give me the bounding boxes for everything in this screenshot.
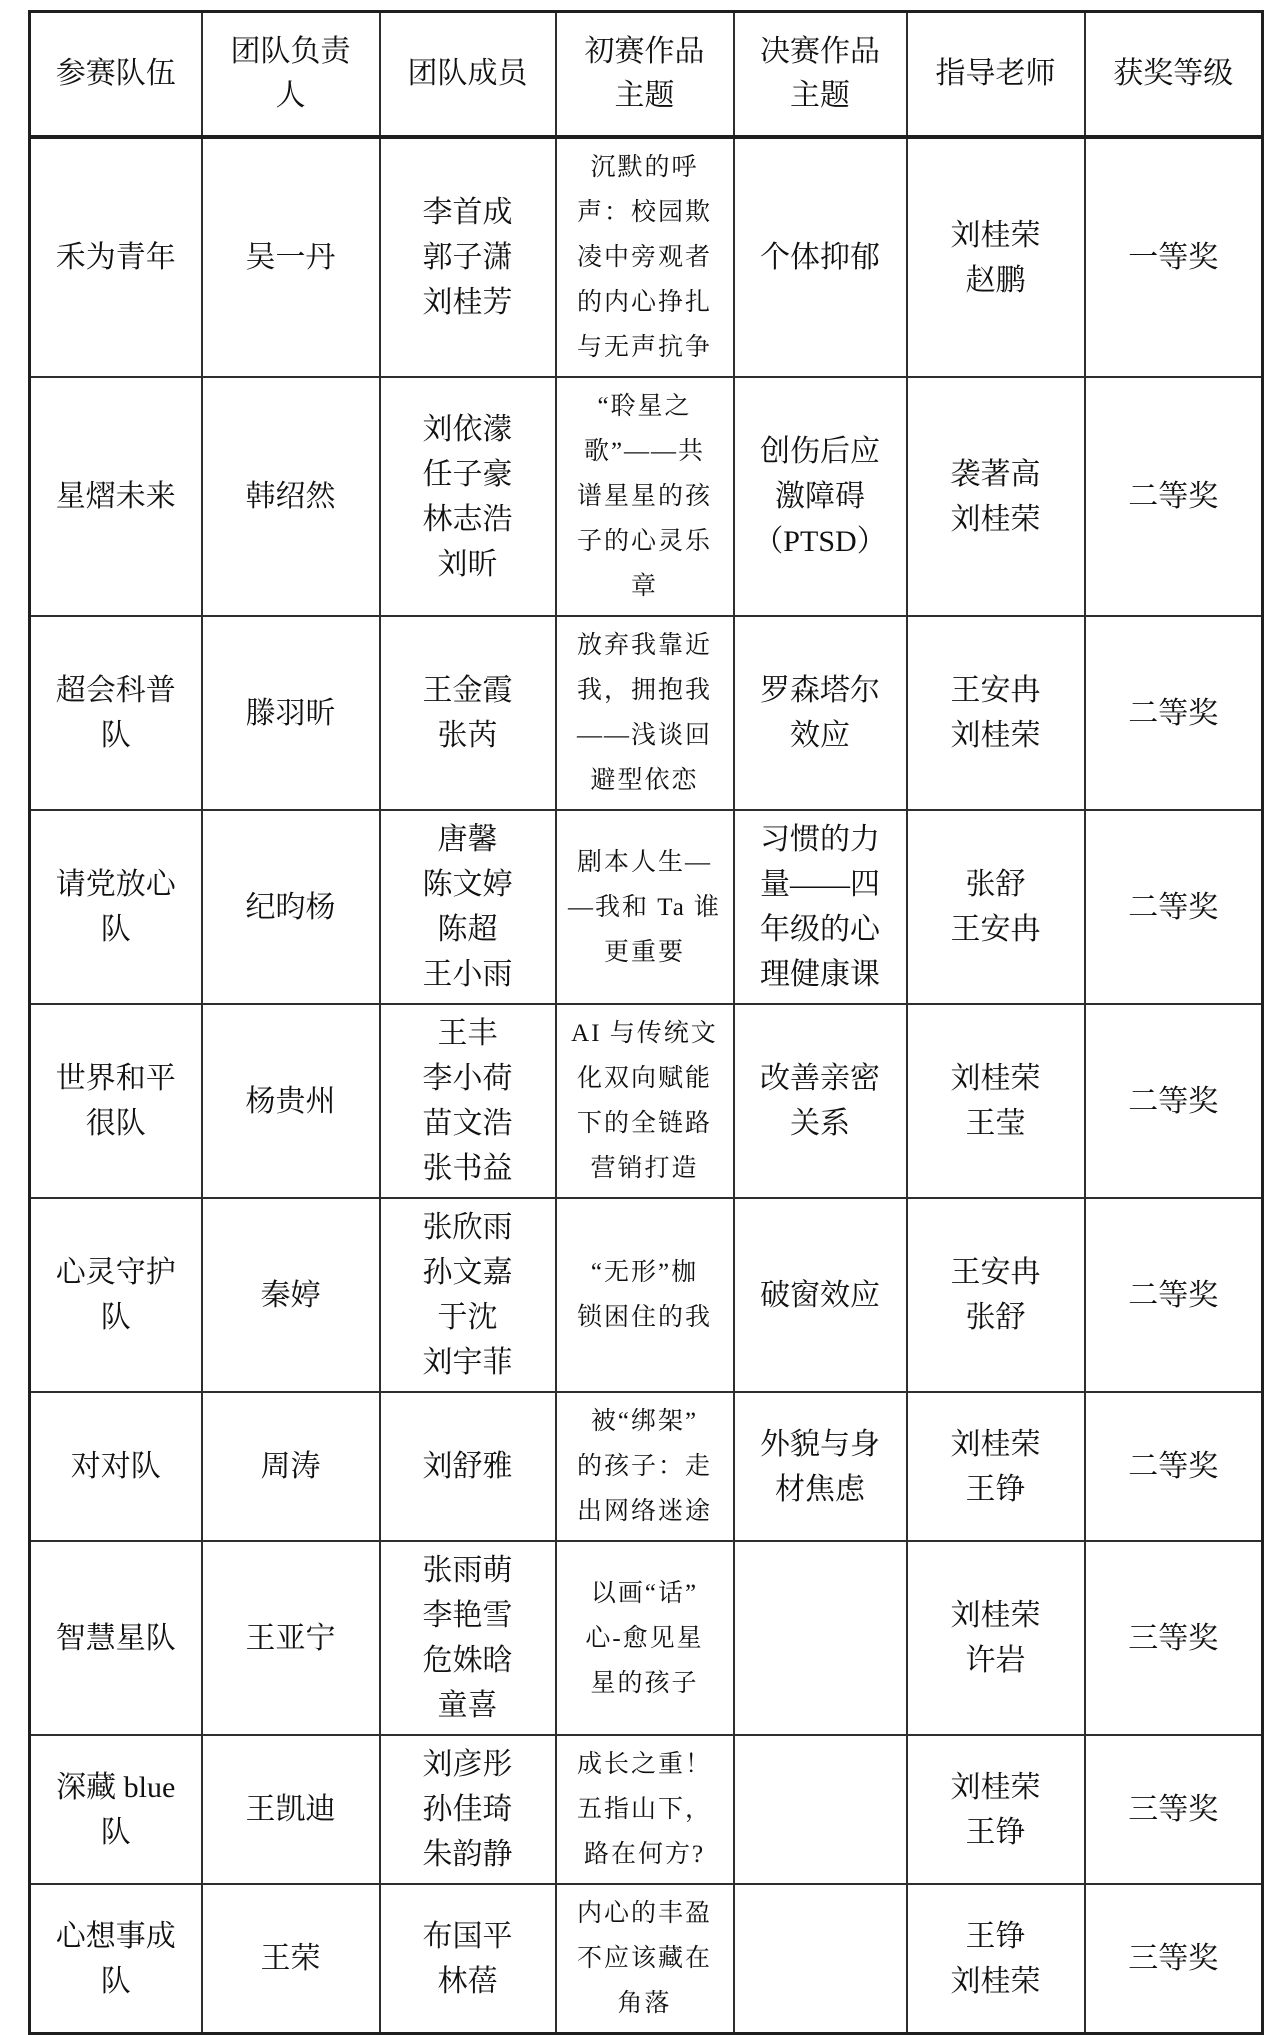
table-row: 请党放心 队 纪昀杨 唐馨 陈文婷 陈超 王小雨 剧本人生— —我和 Ta 谁 …	[30, 810, 1263, 1004]
leader-cell: 滕羽昕	[202, 616, 380, 810]
prelim-theme-cell: 放弃我靠近 我，拥抱我 ——浅谈回 避型依恋	[556, 616, 734, 810]
table-body: 禾为青年 吴一丹 李首成 郭子潇 刘桂芳 沉默的呼 声：校园欺 凌中旁观者 的内…	[30, 137, 1263, 2034]
teachers-cell: 刘桂荣 赵鹏	[907, 137, 1085, 377]
header-row: 参赛队伍 团队负责 人 团队成员 初赛作品 主题 决赛作品 主题 指导老师 获奖…	[30, 12, 1263, 138]
table-row: 深藏 blue 队 王凯迪 刘彦彤 孙佳琦 朱韵静 成长之重！ 五指山下， 路在…	[30, 1735, 1263, 1884]
team-cell: 对对队	[30, 1392, 202, 1541]
team-cell: 禾为青年	[30, 137, 202, 377]
header-award: 获奖等级	[1085, 12, 1263, 138]
table-header: 参赛队伍 团队负责 人 团队成员 初赛作品 主题 决赛作品 主题 指导老师 获奖…	[30, 12, 1263, 138]
team-cell: 心想事成 队	[30, 1884, 202, 2034]
table-row: 禾为青年 吴一丹 李首成 郭子潇 刘桂芳 沉默的呼 声：校园欺 凌中旁观者 的内…	[30, 137, 1263, 377]
final-theme-cell: 改善亲密 关系	[734, 1004, 907, 1198]
table-row: 世界和平 很队 杨贵州 王丰 李小荷 苗文浩 张书益 AI 与传统文 化双向赋能…	[30, 1004, 1263, 1198]
leader-cell: 王亚宁	[202, 1541, 380, 1735]
award-cell: 二等奖	[1085, 1004, 1263, 1198]
team-cell: 星熠未来	[30, 377, 202, 616]
members-cell: 刘依濛 任子豪 林志浩 刘昕	[380, 377, 556, 616]
members-cell: 唐馨 陈文婷 陈超 王小雨	[380, 810, 556, 1004]
team-cell: 世界和平 很队	[30, 1004, 202, 1198]
teachers-cell: 刘桂荣 王铮	[907, 1392, 1085, 1541]
table-row: 心想事成 队 王荣 布国平 林蓓 内心的丰盈 不应该藏在 角落 王铮 刘桂荣 三…	[30, 1884, 1263, 2034]
final-theme-cell: 外貌与身 材焦虑	[734, 1392, 907, 1541]
final-theme-cell	[734, 1735, 907, 1884]
members-cell: 李首成 郭子潇 刘桂芳	[380, 137, 556, 377]
final-theme-cell: 个体抑郁	[734, 137, 907, 377]
final-theme-cell	[734, 1541, 907, 1735]
team-cell: 超会科普 队	[30, 616, 202, 810]
award-cell: 二等奖	[1085, 1198, 1263, 1392]
teachers-cell: 刘桂荣 王铮	[907, 1735, 1085, 1884]
members-cell: 王丰 李小荷 苗文浩 张书益	[380, 1004, 556, 1198]
prelim-theme-cell: 沉默的呼 声：校园欺 凌中旁观者 的内心挣扎 与无声抗争	[556, 137, 734, 377]
prelim-theme-cell: “聆星之 歌”——共 谱星星的孩 子的心灵乐 章	[556, 377, 734, 616]
table-row: 超会科普 队 滕羽昕 王金霞 张芮 放弃我靠近 我，拥抱我 ——浅谈回 避型依恋…	[30, 616, 1263, 810]
award-cell: 三等奖	[1085, 1541, 1263, 1735]
leader-cell: 周涛	[202, 1392, 380, 1541]
teachers-cell: 王铮 刘桂荣	[907, 1884, 1085, 2034]
teachers-cell: 张舒 王安冉	[907, 810, 1085, 1004]
prelim-theme-cell: 剧本人生— —我和 Ta 谁 更重要	[556, 810, 734, 1004]
header-members: 团队成员	[380, 12, 556, 138]
members-cell: 王金霞 张芮	[380, 616, 556, 810]
leader-cell: 王荣	[202, 1884, 380, 2034]
teachers-cell: 袭著高 刘桂荣	[907, 377, 1085, 616]
teachers-cell: 王安冉 刘桂荣	[907, 616, 1085, 810]
leader-cell: 吴一丹	[202, 137, 380, 377]
table-row: 对对队 周涛 刘舒雅 被“绑架” 的孩子：走 出网络迷途 外貌与身 材焦虑 刘桂…	[30, 1392, 1263, 1541]
final-theme-cell: 创伤后应 激障碍 （PTSD）	[734, 377, 907, 616]
final-theme-cell: 罗森塔尔 效应	[734, 616, 907, 810]
final-theme-cell: 习惯的力 量——四 年级的心 理健康课	[734, 810, 907, 1004]
header-final-theme: 决赛作品 主题	[734, 12, 907, 138]
award-cell: 二等奖	[1085, 377, 1263, 616]
prelim-theme-cell: 成长之重！ 五指山下， 路在何方?	[556, 1735, 734, 1884]
team-cell: 请党放心 队	[30, 810, 202, 1004]
prelim-theme-cell: 内心的丰盈 不应该藏在 角落	[556, 1884, 734, 2034]
header-teachers: 指导老师	[907, 12, 1085, 138]
members-cell: 布国平 林蓓	[380, 1884, 556, 2034]
header-team: 参赛队伍	[30, 12, 202, 138]
prelim-theme-cell: 被“绑架” 的孩子：走 出网络迷途	[556, 1392, 734, 1541]
award-cell: 三等奖	[1085, 1884, 1263, 2034]
leader-cell: 杨贵州	[202, 1004, 380, 1198]
team-cell: 心灵守护 队	[30, 1198, 202, 1392]
members-cell: 张雨萌 李艳雪 危姝晗 童喜	[380, 1541, 556, 1735]
prelim-theme-cell: “无形”枷 锁困住的我	[556, 1198, 734, 1392]
table-row: 心灵守护 队 秦婷 张欣雨 孙文嘉 于沈 刘宇菲 “无形”枷 锁困住的我 破窗效…	[30, 1198, 1263, 1392]
members-cell: 刘舒雅	[380, 1392, 556, 1541]
members-cell: 张欣雨 孙文嘉 于沈 刘宇菲	[380, 1198, 556, 1392]
final-theme-cell: 破窗效应	[734, 1198, 907, 1392]
final-theme-cell	[734, 1884, 907, 2034]
team-cell: 智慧星队	[30, 1541, 202, 1735]
leader-cell: 秦婷	[202, 1198, 380, 1392]
leader-cell: 韩绍然	[202, 377, 380, 616]
teachers-cell: 刘桂荣 王莹	[907, 1004, 1085, 1198]
table-row: 星熠未来 韩绍然 刘依濛 任子豪 林志浩 刘昕 “聆星之 歌”——共 谱星星的孩…	[30, 377, 1263, 616]
award-cell: 二等奖	[1085, 810, 1263, 1004]
team-cell: 深藏 blue 队	[30, 1735, 202, 1884]
members-cell: 刘彦彤 孙佳琦 朱韵静	[380, 1735, 556, 1884]
award-cell: 二等奖	[1085, 616, 1263, 810]
header-leader: 团队负责 人	[202, 12, 380, 138]
prelim-theme-cell: AI 与传统文 化双向赋能 下的全链路 营销打造	[556, 1004, 734, 1198]
table-row: 智慧星队 王亚宁 张雨萌 李艳雪 危姝晗 童喜 以画“话” 心-愈见星 星的孩子…	[30, 1541, 1263, 1735]
leader-cell: 纪昀杨	[202, 810, 380, 1004]
award-cell: 二等奖	[1085, 1392, 1263, 1541]
leader-cell: 王凯迪	[202, 1735, 380, 1884]
results-table: 参赛队伍 团队负责 人 团队成员 初赛作品 主题 决赛作品 主题 指导老师 获奖…	[28, 10, 1264, 2035]
header-prelim-theme: 初赛作品 主题	[556, 12, 734, 138]
award-cell: 三等奖	[1085, 1735, 1263, 1884]
teachers-cell: 刘桂荣 许岩	[907, 1541, 1085, 1735]
prelim-theme-cell: 以画“话” 心-愈见星 星的孩子	[556, 1541, 734, 1735]
award-cell: 一等奖	[1085, 137, 1263, 377]
teachers-cell: 王安冉 张舒	[907, 1198, 1085, 1392]
